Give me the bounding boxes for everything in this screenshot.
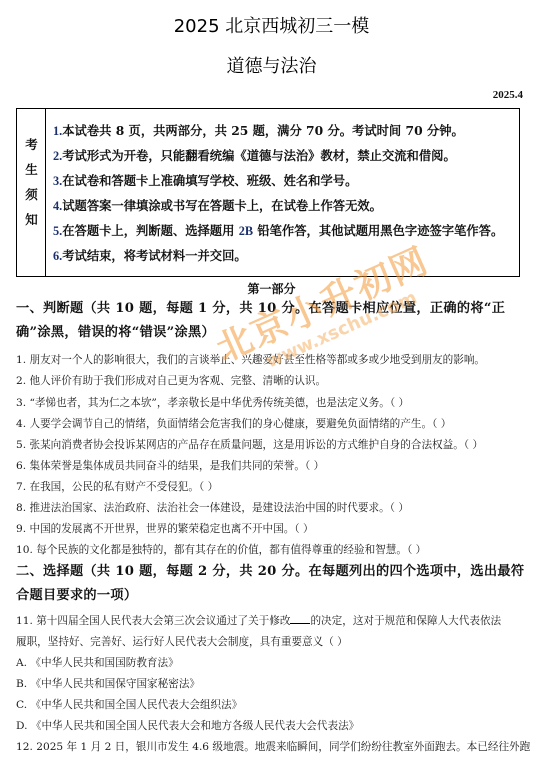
notice-item-number: 5. [53,224,62,238]
notice-item-text: 考试结束，将考试材料一并交回。 [62,248,246,263]
option-d: D. 《中华人民共和国全国人民代表大会和地方各级人民代表大会代表法》 [16,718,359,733]
choice-question-12-line1: 12. 2025 年 1 月 2 日，银川市发生 4.6 级地震。地震来临瞬间，… [16,739,530,754]
judgement-question-2: 2. 他人评价有助于我们形成对自己更为客观、完整、清晰的认识。 [16,373,326,388]
option-c: C. 《中华人民共和国全国人民代表大会组织法》 [16,697,242,712]
candidate-notice-box: 考 生 须 知 1.本试卷共 8 页，共两部分，共 25 题，满分 70 分。考… [16,108,520,277]
option-a: A. 《中华人民共和国国防教育法》 [16,655,179,670]
notice-item-text: 试题答案一律填涂或书写在答题卡上，在试卷上作答无效。 [62,198,382,213]
section-two-heading: 二、选择题（共 10 题，每题 2 分，共 20 分。在每题列出的四个选项中，选… [16,560,526,608]
judgement-question-4: 4. 人要学会调节自己的情绪，负面情绪会危害我们的身心健康，要避免负面情绪的产生… [16,416,451,431]
notice-label-column: 考 生 须 知 [17,109,46,276]
judgement-question-3: 3. “孝悌也者，其为仁之本欤”，孝亲敬长是中华优秀传统美德，也是法定义务。（ … [16,395,409,410]
judgement-question-5: 5. 张某向消费者协会投诉某网店的产品存在质量问题，这是用诉讼的方式维护自身的合… [16,437,483,452]
notice-label-char: 考 [17,135,46,153]
choice-question-11-line1: 11. 第十四届全国人民代表大会第三次会议通过了关于修改的决定，这对于规范和保障… [16,613,501,628]
question-text: 的决定，这对于规范和保障人大代表依法 [310,615,501,627]
notice-item-6: 6.考试结束，将考试材料一并交回。 [53,246,247,264]
answer-blank [290,613,310,624]
notice-item-text: 在答题卡上，判断题、选择题用 [62,223,238,238]
notice-item-text: 考试形式为开卷，只能翻看统编《道德与法治》教材，禁止交流和借阅。 [62,148,456,163]
option-b: B. 《中华人民共和国保守国家秘密法》 [16,676,200,691]
section-one-heading: 一、判断题（共 10 题，每题 1 分，共 10 分。在答题卡相应位置，正确的将… [16,297,526,345]
part-one-title: 第一部分 [0,280,543,297]
exam-title: 2025 北京西城初三一模 [0,12,543,38]
notice-item-number: 2. [53,149,62,163]
judgement-question-10: 10. 每个民族的文化都是独特的，都有其存在的价值，都有值得尊重的经验和智慧。（… [16,542,426,557]
notice-label-char: 知 [17,210,46,228]
notice-item-4: 4.试题答案一律填涂或书写在答题卡上，在试卷上作答无效。 [53,196,382,214]
notice-item-number: 3. [53,174,62,188]
notice-item-text: 本试卷共 8 页，共两部分，共 25 题，满分 70 分。考试时间 70 分钟。 [62,123,464,138]
notice-item-1: 1.本试卷共 8 页，共两部分，共 25 题，满分 70 分。考试时间 70 分… [53,121,464,139]
judgement-question-9: 9. 中国的发展离不开世界，世界的繁荣稳定也离不开中国。（ ） [16,521,314,536]
notice-label-char: 须 [17,185,46,203]
exam-date: 2025.4 [493,89,523,101]
notice-item-5: 5.在答题卡上，判断题、选择题用 2B 铅笔作答，其他试题用黑色字迹签字笔作答。 [53,221,503,239]
subject-title: 道德与法治 [0,52,543,78]
notice-label-char: 生 [17,160,46,178]
notice-item-number: 4. [53,199,62,213]
notice-item-number: 1. [53,124,62,138]
notice-item-text: 铅笔作答，其他试题用黑色字迹签字笔作答。 [253,223,503,238]
choice-question-11-line2: 履职，坚持好、完善好、运行好人民代表大会制度，具有重要意义（ ） [16,634,348,649]
judgement-question-7: 7. 在我国，公民的私有财产不受侵犯。（ ） [16,479,218,494]
judgement-question-8: 8. 推进法治国家、法治政府、法治社会一体建设，是建设法治中国的时代要求。（ ） [16,500,409,515]
notice-item-number: 6. [53,249,62,263]
notice-item-text: 在试卷和答题卡上准确填写学校、班级、姓名和学号。 [62,173,357,188]
pencil-grade-highlight: 2B [239,224,253,238]
notice-item-2: 2.考试形式为开卷，只能翻看统编《道德与法治》教材，禁止交流和借阅。 [53,146,456,164]
question-text: 11. 第十四届全国人民代表大会第三次会议通过了关于修改 [16,615,290,627]
judgement-question-1: 1. 朋友对一个人的影响很大，我们的言谈举止、兴趣爱好甚至性格等都或多或少地受到… [16,352,485,367]
judgement-question-6: 6. 集体荣誉是集体成员共同奋斗的结果，是我们共同的荣誉。（ ） [16,458,324,473]
notice-item-3: 3.在试卷和答题卡上准确填写学校、班级、姓名和学号。 [53,171,357,189]
